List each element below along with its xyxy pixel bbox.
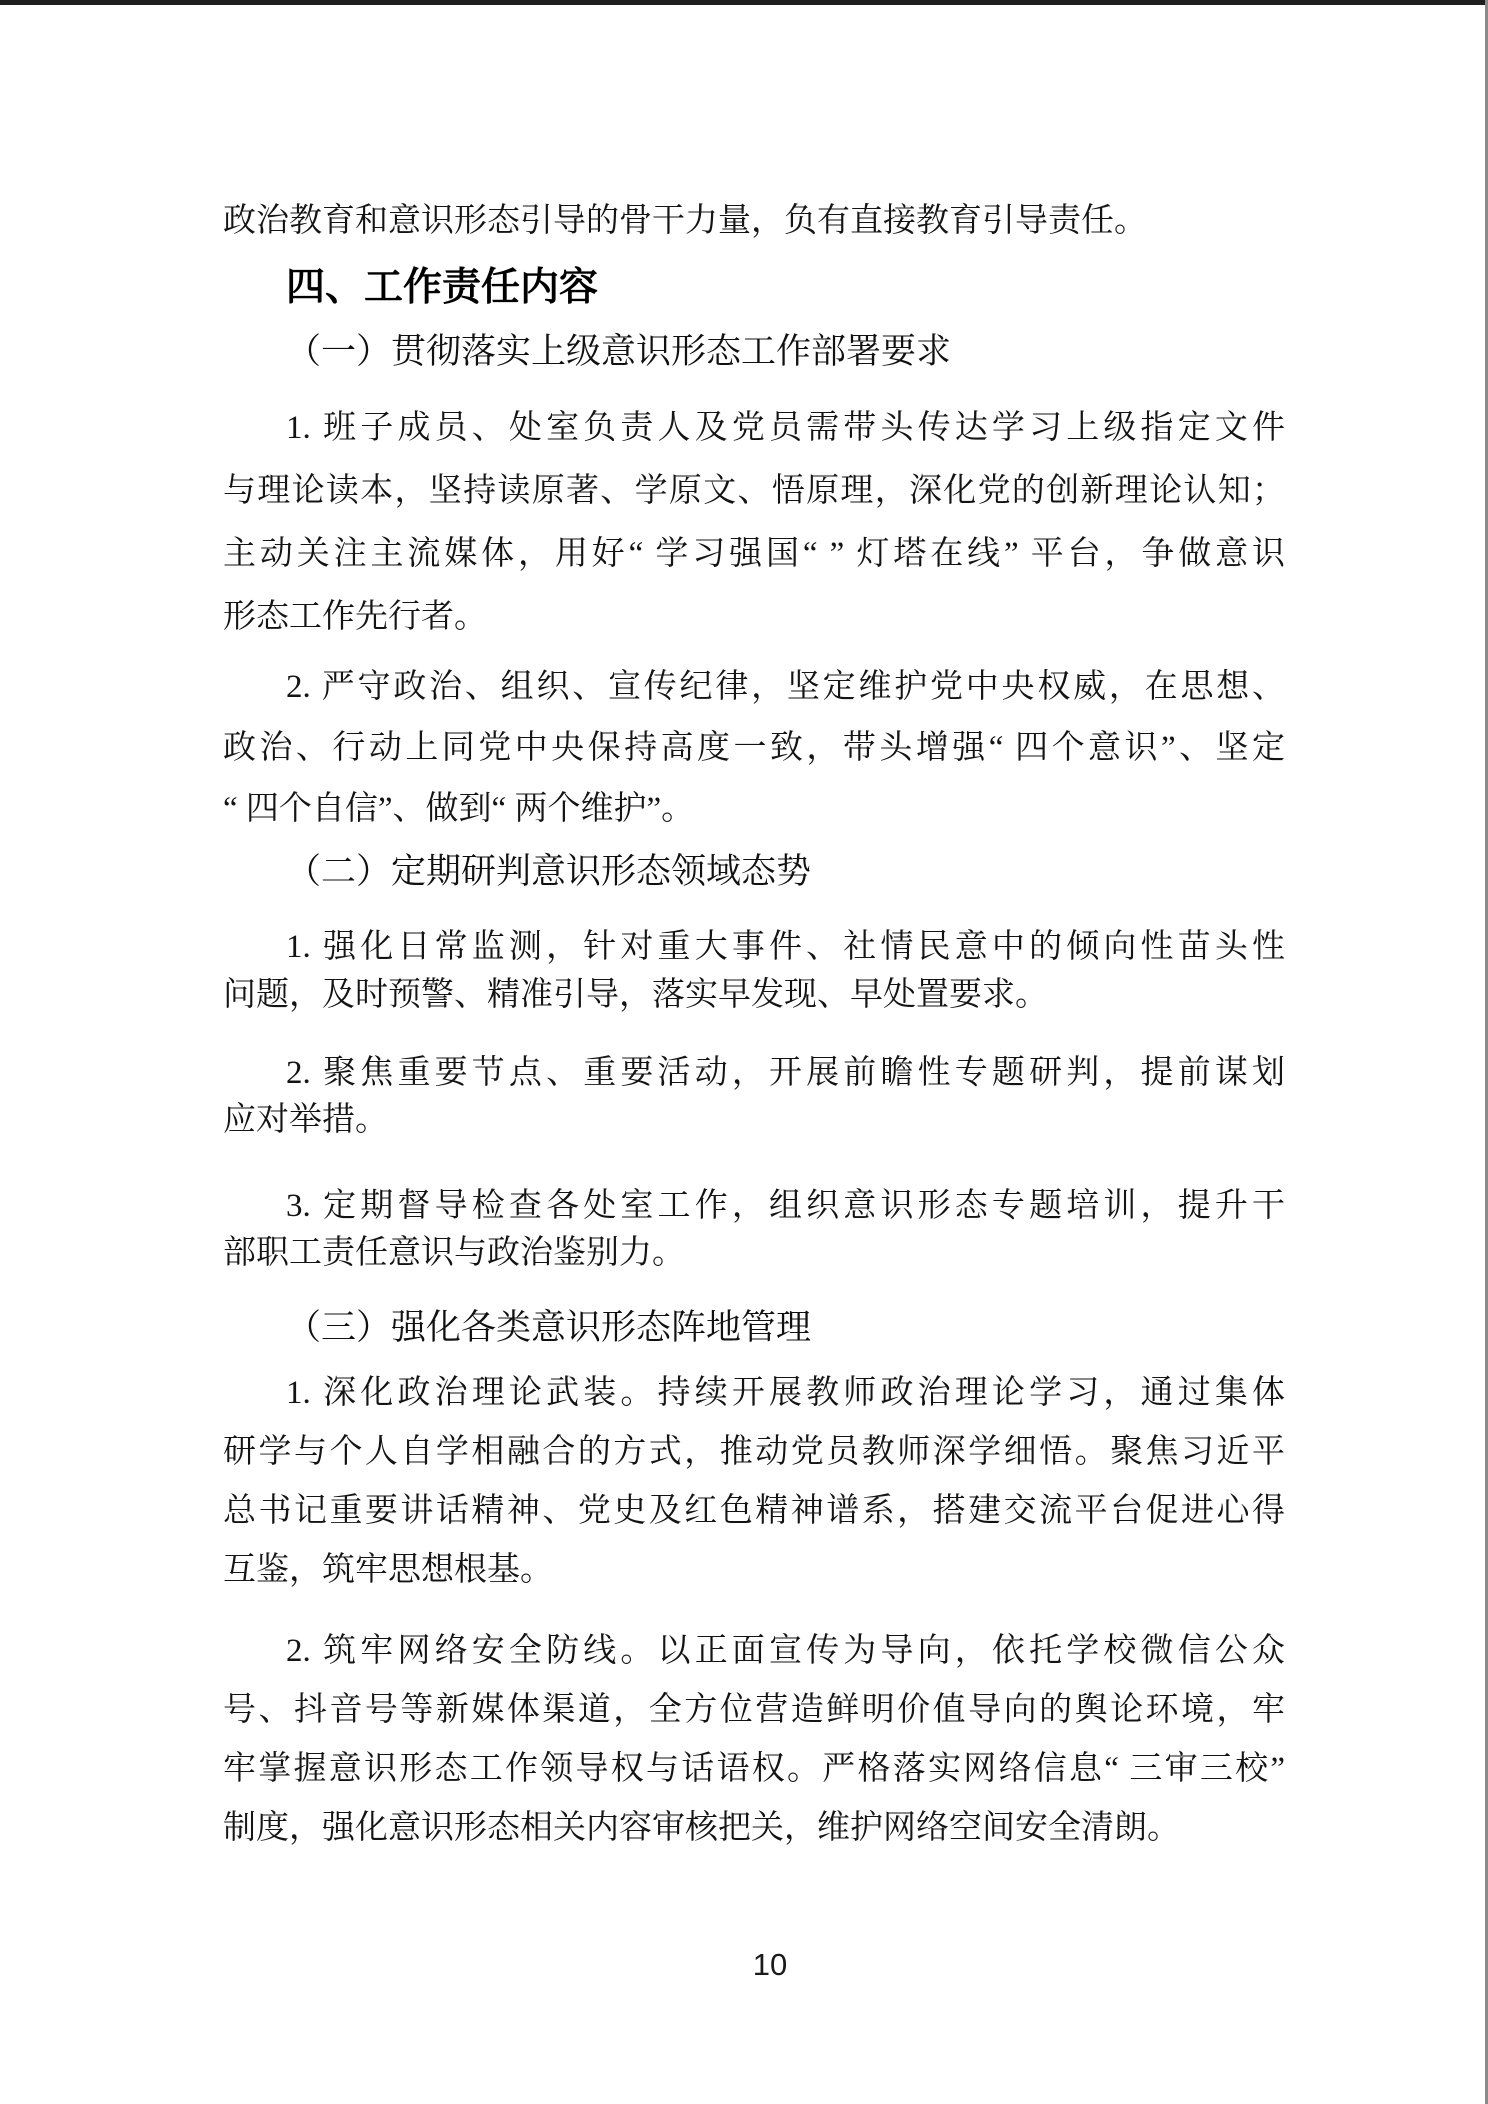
section-heading: 四、工作责任内容 xyxy=(223,256,1285,319)
body-paragraph: 1. 强化日常监测，针对重大事件、社情民意中的倾向性苗头性问题，及时预警、精准引… xyxy=(223,923,1285,1019)
text-line: 政治、行动上同党中央保持高度一致，带头增强“ 四个意识”、坚定 xyxy=(223,718,1285,779)
text-line: 与理论读本，坚持读原著、学原文、悟原理，深化党的创新理论认知； xyxy=(223,460,1285,523)
text-line: 2. 严守政治、组织、宣传纪律，坚定维护党中央权威，在思想、 xyxy=(223,657,1285,718)
text-line: 主动关注主流媒体，用好“ 学习强国“ ” 灯塔在线” 平台，争做意识 xyxy=(223,523,1285,586)
subsection-heading: （二）定期研判意识形态领域态势 xyxy=(223,841,1285,903)
text-line: 应对举措。 xyxy=(223,1097,1285,1144)
scan-top-edge xyxy=(0,0,1488,5)
text-line: 2. 筑牢网络安全防线。以正面宣传为导向，依托学校微信公众 xyxy=(223,1622,1285,1681)
text-line: （二）定期研判意识形态领域态势 xyxy=(223,841,1285,903)
text-line: 问题，及时预警、精准引导，落实早发现、早处置要求。 xyxy=(223,971,1285,1019)
text-line: 互鉴，筑牢思想根基。 xyxy=(223,1541,1285,1600)
text-line: 号、抖音号等新媒体渠道，全方位营造鲜明价值导向的舆论环境，牢 xyxy=(223,1681,1285,1740)
body-paragraph: 1. 深化政治理论武装。持续开展教师政治理论学习，通过集体研学与个人自学相融合的… xyxy=(223,1364,1285,1600)
text-line: 研学与个人自学相融合的方式，推动党员教师深学细悟。聚焦习近平 xyxy=(223,1423,1285,1482)
subsection-heading: （三）强化各类意识形态阵地管理 xyxy=(223,1303,1285,1353)
text-line: 部职工责任意识与政治鉴别力。 xyxy=(223,1230,1285,1277)
body-paragraph: 2. 聚焦重要节点、重要活动，开展前瞻性专题研判，提前谋划应对举措。 xyxy=(223,1050,1285,1144)
text-line: （一）贯彻落实上级意识形态工作部署要求 xyxy=(223,320,1285,383)
body-paragraph: 2. 筑牢网络安全防线。以正面宣传为导向，依托学校微信公众号、抖音号等新媒体渠道… xyxy=(223,1622,1285,1858)
text-line: 牢掌握意识形态工作领导权与话语权。严格落实网络信息“ 三审三校” xyxy=(223,1740,1285,1799)
text-line: 3. 定期督导检查各处室工作，组织意识形态专题培训，提升干 xyxy=(223,1183,1285,1230)
text-line: 四、工作责任内容 xyxy=(223,256,1285,319)
text-line: 1. 强化日常监测，针对重大事件、社情民意中的倾向性苗头性 xyxy=(223,923,1285,971)
text-line: 政治教育和意识形态引导的骨干力量，负有直接教育引导责任。 xyxy=(223,190,1285,252)
body-paragraph: 3. 定期督导检查各处室工作，组织意识形态专题培训，提升干部职工责任意识与政治鉴… xyxy=(223,1183,1285,1277)
text-line: 2. 聚焦重要节点、重要活动，开展前瞻性专题研判，提前谋划 xyxy=(223,1050,1285,1097)
body-paragraph: 1. 班子成员、处室负责人及党员需带头传达学习上级指定文件与理论读本，坚持读原著… xyxy=(223,397,1285,649)
body-paragraph: 2. 严守政治、组织、宣传纪律，坚定维护党中央权威，在思想、政治、行动上同党中央… xyxy=(223,657,1285,840)
text-line: 总书记重要讲话精神、党史及红色精神谱系，搭建交流平台促进心得 xyxy=(223,1482,1285,1541)
body-paragraph: 政治教育和意识形态引导的骨干力量，负有直接教育引导责任。 xyxy=(223,190,1285,252)
text-line: 1. 深化政治理论武装。持续开展教师政治理论学习，通过集体 xyxy=(223,1364,1285,1423)
text-line: （三）强化各类意识形态阵地管理 xyxy=(223,1303,1285,1353)
document-page: 政治教育和意识形态引导的骨干力量，负有直接教育引导责任。四、工作责任内容（一）贯… xyxy=(0,0,1488,2104)
text-line: “ 四个自信”、做到“ 两个维护”。 xyxy=(223,779,1285,840)
page-number: 10 xyxy=(240,1949,1300,1981)
text-line: 制度，强化意识形态相关内容审核把关，维护网络空间安全清朗。 xyxy=(223,1799,1285,1858)
subsection-heading: （一）贯彻落实上级意识形态工作部署要求 xyxy=(223,320,1285,383)
text-line: 形态工作先行者。 xyxy=(223,586,1285,649)
text-line: 1. 班子成员、处室负责人及党员需带头传达学习上级指定文件 xyxy=(223,397,1285,460)
